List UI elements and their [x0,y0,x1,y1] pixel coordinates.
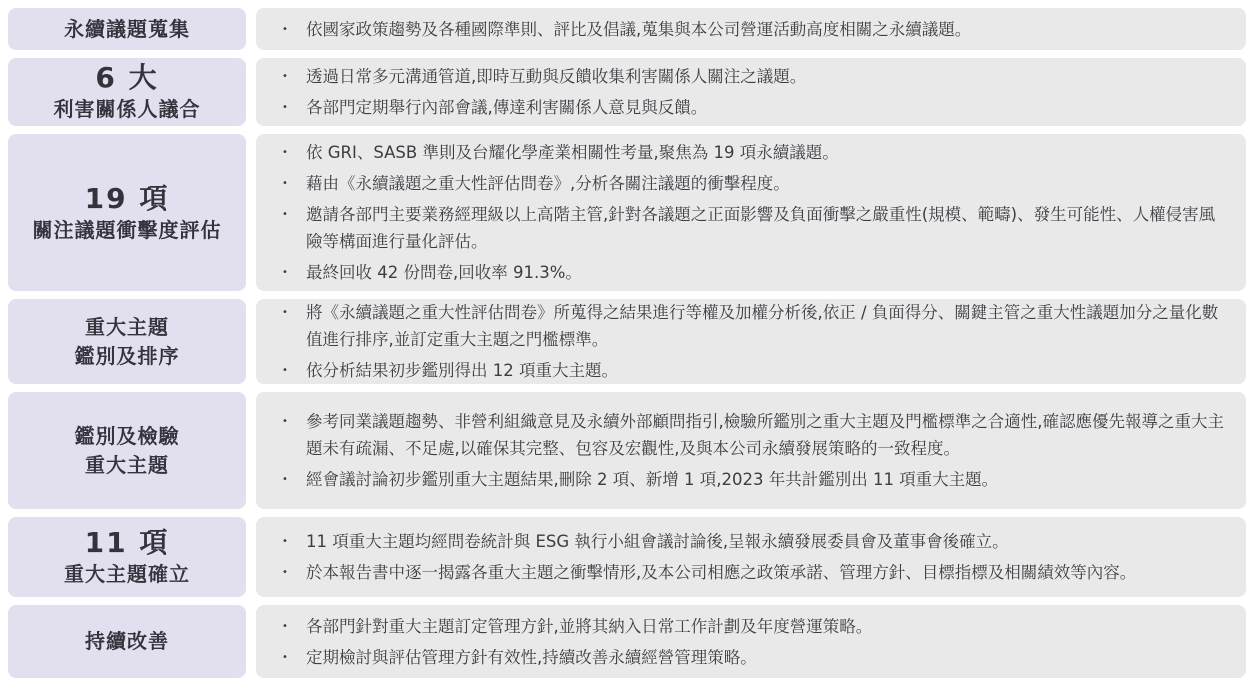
step-title: 重大主題 [85,313,169,342]
step-title-box: 11 項 重大主題確立 [8,517,246,597]
bullet-icon: • [282,63,306,90]
bullet-text: 各部門定期舉行內部會議,傳達利害關係人意見與反饋。 [306,94,1228,121]
bullet-icon: • [282,644,306,671]
step-row-stakeholder-engagement: 6 大 利害關係人議合 • 透過日常多元溝通管道,即時互動與反饋收集利害關係人關… [8,58,1246,126]
bullet-icon: • [282,528,306,555]
bullet-item: • 將《永續議題之重大性評估問卷》所蒐得之結果進行等權及加權分析後,依正 / 負… [282,299,1228,353]
step-title-box: 持續改善 [8,605,246,678]
step-row-collect-topics: 永續議題蒐集 • 依國家政策趨勢及各種國際準則、評比及倡議,蒐集與本公司營運活動… [8,8,1246,50]
bullet-text: 將《永續議題之重大性評估問卷》所蒐得之結果進行等權及加權分析後,依正 / 負面得… [306,299,1228,353]
bullet-icon: • [282,201,306,228]
bullet-item: • 邀請各部門主要業務經理級以上高階主管,針對各議題之正面影響及負面衝擊之嚴重性… [282,201,1228,255]
step-title: 19 項 [85,181,170,216]
bullet-item: • 定期檢討與評估管理方針有效性,持續改善永續經營管理策略。 [282,644,1228,671]
step-title-box: 6 大 利害關係人議合 [8,58,246,126]
bullet-icon: • [282,139,306,166]
bullet-item: • 於本報告書中逐一揭露各重大主題之衝擊情形,及本公司相應之政策承諾、管理方針、… [282,559,1228,586]
step-row-identify-rank-topics: 重大主題 鑑別及排序 • 將《永續議題之重大性評估問卷》所蒐得之結果進行等權及加… [8,299,1246,384]
bullet-icon: • [282,170,306,197]
step-row-confirm-material-topics: 11 項 重大主題確立 • 11 項重大主題均經問卷統計與 ESG 執行小組會議… [8,517,1246,597]
bullet-icon: • [282,408,306,435]
bullet-item: • 依 GRI、SASB 準則及台耀化學產業相關性考量,聚焦為 19 項永續議題… [282,139,1228,166]
bullet-icon: • [282,357,306,384]
bullet-icon: • [282,613,306,640]
bullet-icon: • [282,559,306,586]
bullet-item: • 經會議討論初步鑑別重大主題結果,刪除 2 項、新增 1 項,2023 年共計… [282,466,1228,493]
step-subtitle: 利害關係人議合 [54,95,201,124]
materiality-analysis-process: 永續議題蒐集 • 依國家政策趨勢及各種國際準則、評比及倡議,蒐集與本公司營運活動… [0,0,1251,680]
bullet-icon: • [282,16,306,43]
bullet-text: 透過日常多元溝通管道,即時互動與反饋收集利害關係人關注之議題。 [306,63,1228,90]
step-description-box: • 將《永續議題之重大性評估問卷》所蒐得之結果進行等權及加權分析後,依正 / 負… [256,299,1246,384]
bullet-item: • 各部門定期舉行內部會議,傳達利害關係人意見與反饋。 [282,94,1228,121]
step-description-box: • 參考同業議題趨勢、非營利組織意見及永續外部顧問指引,檢驗所鑑別之重大主題及門… [256,392,1246,509]
bullet-item: • 透過日常多元溝通管道,即時互動與反饋收集利害關係人關注之議題。 [282,63,1228,90]
bullet-text: 參考同業議題趨勢、非營利組織意見及永續外部顧問指引,檢驗所鑑別之重大主題及門檻標… [306,408,1228,462]
step-row-verify-material-topics: 鑑別及檢驗 重大主題 • 參考同業議題趨勢、非營利組織意見及永續外部顧問指引,檢… [8,392,1246,509]
step-title: 持續改善 [85,627,169,656]
step-title: 永續議題蒐集 [64,15,190,44]
bullet-item: • 最終回收 42 份問卷,回收率 91.3%。 [282,259,1228,286]
step-description-box: • 11 項重大主題均經問卷統計與 ESG 執行小組會議討論後,呈報永續發展委員… [256,517,1246,597]
step-subtitle: 重大主題確立 [64,560,190,589]
bullet-item: • 各部門針對重大主題訂定管理方針,並將其納入日常工作計劃及年度營運策略。 [282,613,1228,640]
bullet-text: 於本報告書中逐一揭露各重大主題之衝擊情形,及本公司相應之政策承諾、管理方針、目標… [306,559,1228,586]
bullet-icon: • [282,466,306,493]
bullet-text: 11 項重大主題均經問卷統計與 ESG 執行小組會議討論後,呈報永續發展委員會及… [306,528,1228,555]
step-title-box: 19 項 關注議題衝擊度評估 [8,134,246,291]
step-subtitle: 重大主題 [85,451,169,480]
bullet-icon: • [282,259,306,286]
step-row-continuous-improvement: 持續改善 • 各部門針對重大主題訂定管理方針,並將其納入日常工作計劃及年度營運策… [8,605,1246,678]
step-description-box: • 各部門針對重大主題訂定管理方針,並將其納入日常工作計劃及年度營運策略。 • … [256,605,1246,678]
step-description-box: • 依 GRI、SASB 準則及台耀化學產業相關性考量,聚焦為 19 項永續議題… [256,134,1246,291]
step-row-impact-assessment: 19 項 關注議題衝擊度評估 • 依 GRI、SASB 準則及台耀化學產業相關性… [8,134,1246,291]
bullet-item: • 藉由《永續議題之重大性評估問卷》,分析各關注議題的衝擊程度。 [282,170,1228,197]
step-description-box: • 依國家政策趨勢及各種國際準則、評比及倡議,蒐集與本公司營運活動高度相關之永續… [256,8,1246,50]
step-title-box: 重大主題 鑑別及排序 [8,299,246,384]
bullet-text: 依國家政策趨勢及各種國際準則、評比及倡議,蒐集與本公司營運活動高度相關之永續議題… [306,16,1228,43]
step-title-box: 永續議題蒐集 [8,8,246,50]
bullet-text: 依分析結果初步鑑別得出 12 項重大主題。 [306,357,1228,384]
step-subtitle: 關注議題衝擊度評估 [33,216,222,245]
step-title-box: 鑑別及檢驗 重大主題 [8,392,246,509]
bullet-item: • 11 項重大主題均經問卷統計與 ESG 執行小組會議討論後,呈報永續發展委員… [282,528,1228,555]
step-title: 11 項 [85,525,170,560]
bullet-text: 經會議討論初步鑑別重大主題結果,刪除 2 項、新增 1 項,2023 年共計鑑別… [306,466,1228,493]
bullet-item: • 依國家政策趨勢及各種國際準則、評比及倡議,蒐集與本公司營運活動高度相關之永續… [282,16,1228,43]
step-description-box: • 透過日常多元溝通管道,即時互動與反饋收集利害關係人關注之議題。 • 各部門定… [256,58,1246,126]
bullet-icon: • [282,94,306,121]
bullet-text: 依 GRI、SASB 準則及台耀化學產業相關性考量,聚焦為 19 項永續議題。 [306,139,1228,166]
bullet-icon: • [282,299,306,326]
bullet-item: • 依分析結果初步鑑別得出 12 項重大主題。 [282,357,1228,384]
step-title: 鑑別及檢驗 [75,422,180,451]
bullet-item: • 參考同業議題趨勢、非營利組織意見及永續外部顧問指引,檢驗所鑑別之重大主題及門… [282,408,1228,462]
bullet-text: 最終回收 42 份問卷,回收率 91.3%。 [306,259,1228,286]
bullet-text: 定期檢討與評估管理方針有效性,持續改善永續經營管理策略。 [306,644,1228,671]
bullet-text: 邀請各部門主要業務經理級以上高階主管,針對各議題之正面影響及負面衝擊之嚴重性(規… [306,201,1228,255]
bullet-text: 各部門針對重大主題訂定管理方針,並將其納入日常工作計劃及年度營運策略。 [306,613,1228,640]
step-title: 6 大 [95,60,158,95]
bullet-text: 藉由《永續議題之重大性評估問卷》,分析各關注議題的衝擊程度。 [306,170,1228,197]
step-subtitle: 鑑別及排序 [75,342,180,371]
